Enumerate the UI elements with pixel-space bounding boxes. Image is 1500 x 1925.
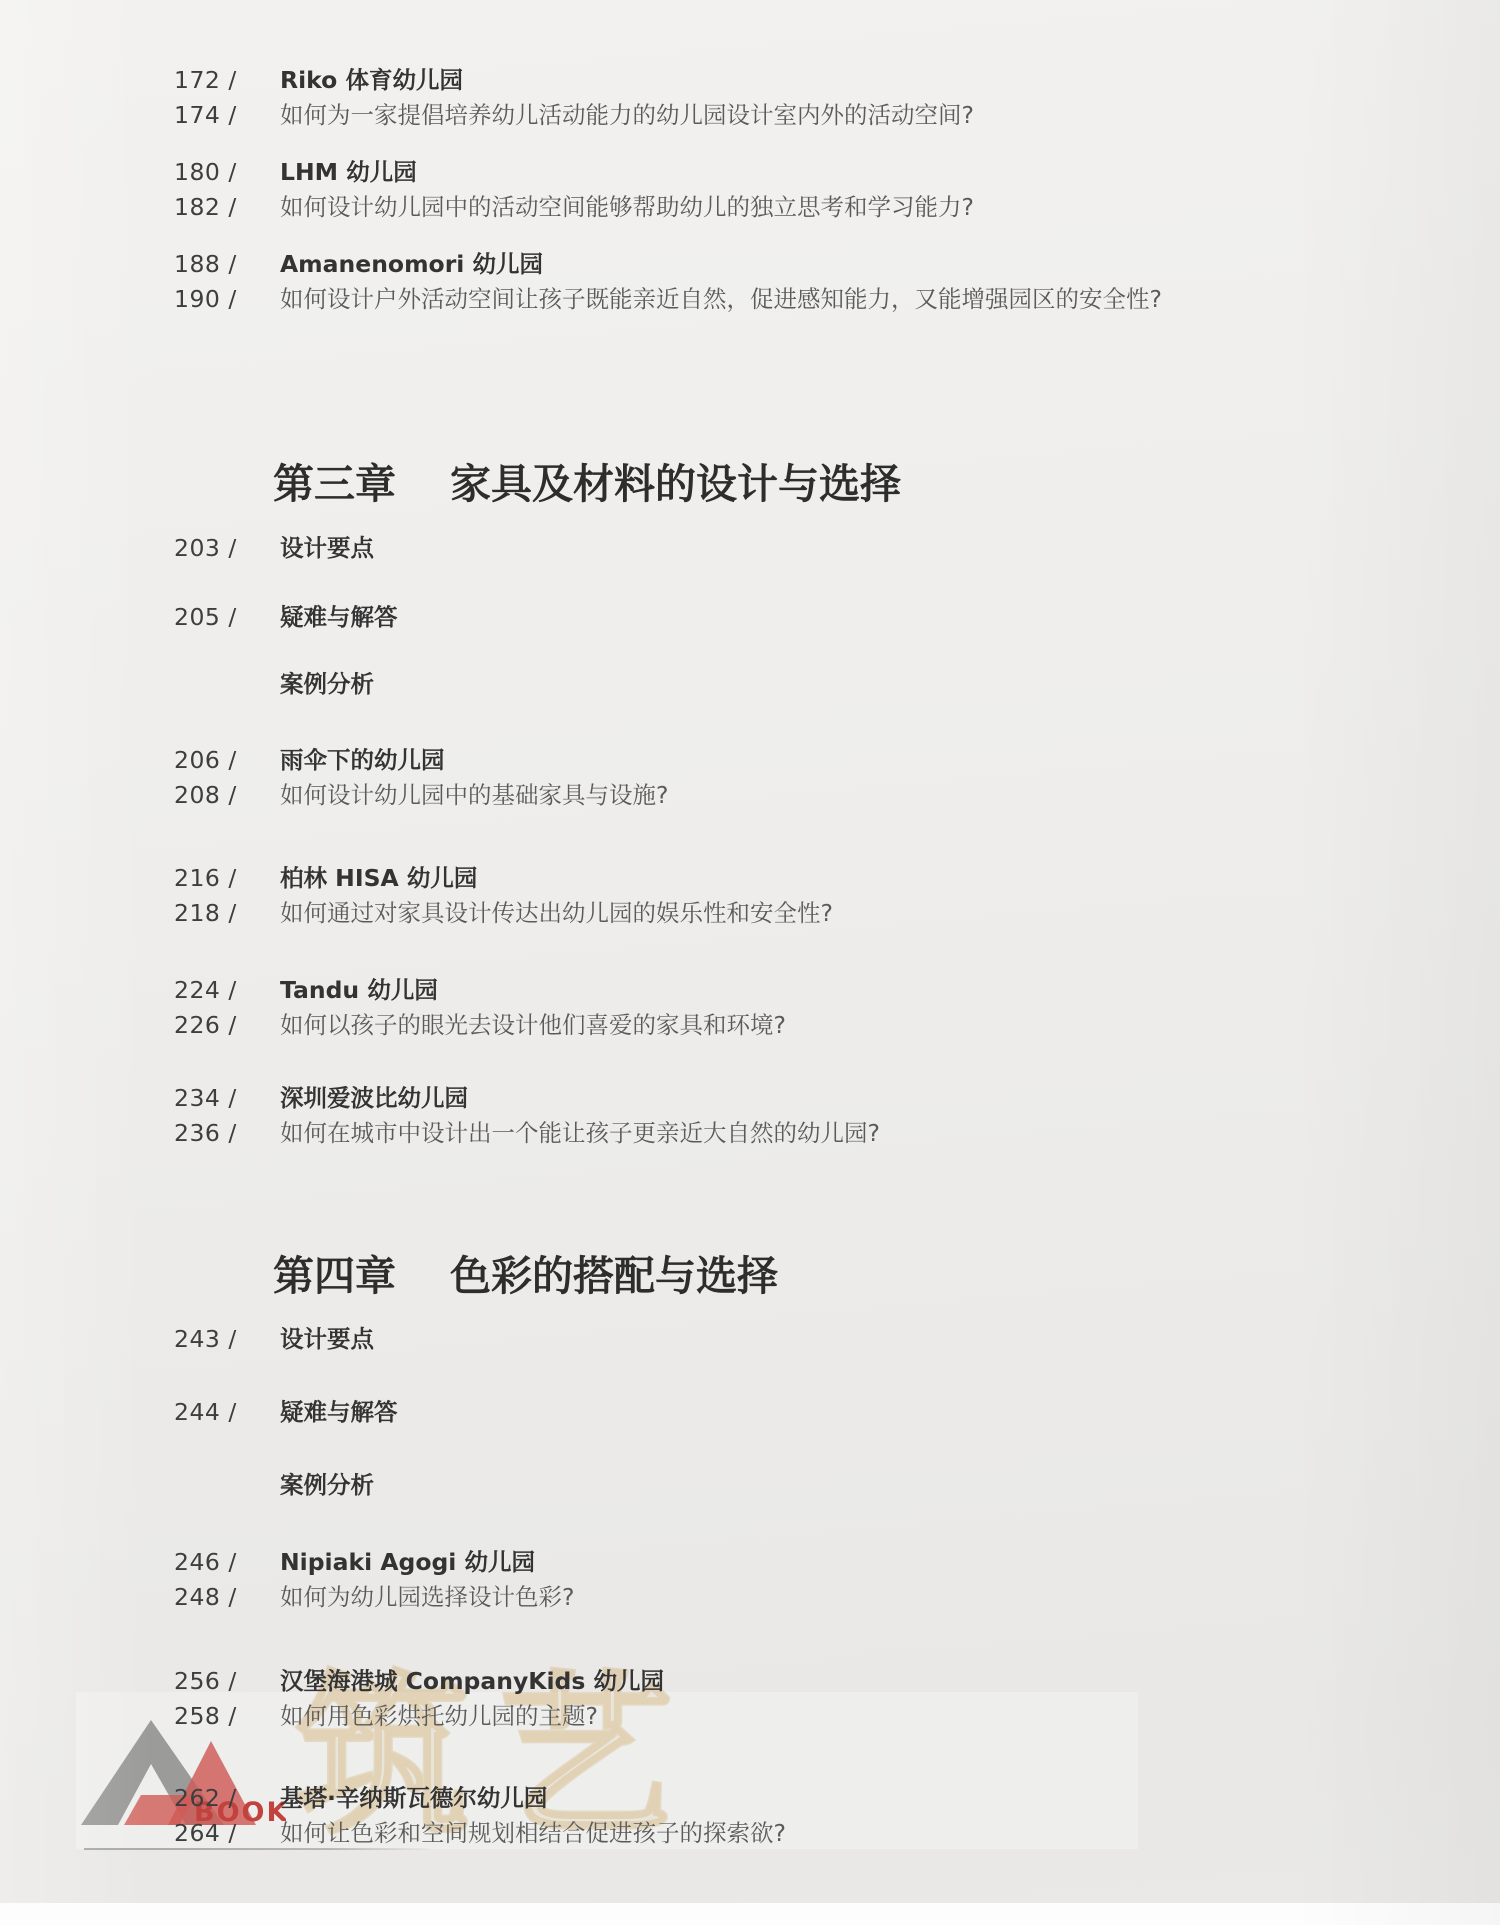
- toc-entry-question: 如何用色彩烘托幼儿园的主题?: [280, 1703, 598, 1729]
- toc-entry-title: 汉堡海港城 CompanyKids 幼儿园: [280, 1668, 664, 1694]
- toc-entry: 258 / 如何用色彩烘托幼儿园的主题?: [0, 1703, 1500, 1731]
- toc-entry: 案例分析: [0, 671, 1500, 699]
- toc-entry-question: 如何在城市中设计出一个能让孩子更亲近大自然的幼儿园?: [280, 1120, 880, 1146]
- toc-entry-title: 案例分析: [280, 1472, 374, 1498]
- toc-entry: 218 / 如何通过对家具设计传达出幼儿园的娱乐性和安全性?: [0, 900, 1500, 928]
- toc-entry-page-number: 246 /: [174, 1549, 237, 1575]
- toc-entry-title: Riko 体育幼儿园: [280, 67, 463, 93]
- chapter-heading: 第四章 色彩的搭配与选择: [0, 1254, 1500, 1300]
- toc-entry-question: 如何设计幼儿园中的活动空间能够帮助幼儿的独立思考和学习能力?: [280, 194, 974, 220]
- toc-entry: 224 / Tandu 幼儿园: [0, 977, 1500, 1005]
- toc-entry-page-number: 248 /: [174, 1584, 237, 1610]
- toc-entry-question: 如何设计户外活动空间让孩子既能亲近自然，促进感知能力，又能增强园区的安全性?: [280, 286, 1162, 312]
- toc-entry-page-number: 234 /: [174, 1085, 237, 1111]
- toc-entry-page-number: 172 /: [174, 67, 237, 93]
- toc-entry-title: 深圳爱波比幼儿园: [280, 1085, 468, 1111]
- toc-entry: 174 / 如何为一家提倡培养幼儿活动能力的幼儿园设计室内外的活动空间?: [0, 102, 1500, 130]
- toc-entry: 234 / 深圳爱波比幼儿园: [0, 1085, 1500, 1113]
- toc-entry: 243 / 设计要点: [0, 1326, 1500, 1354]
- toc-entry-title: 设计要点: [280, 1326, 374, 1352]
- toc-entry: 248 / 如何为幼儿园选择设计色彩?: [0, 1584, 1500, 1612]
- toc-entry-page-number: 188 /: [174, 251, 237, 277]
- toc-entry-page-number: 224 /: [174, 977, 237, 1003]
- watermark-underline: [84, 1848, 429, 1850]
- toc-entry-title: 疑难与解答: [280, 1399, 398, 1425]
- toc-entry-page-number: 243 /: [174, 1326, 237, 1352]
- toc-entry: 246 / Nipiaki Agogi 幼儿园: [0, 1549, 1500, 1577]
- toc-entry-question: 如何为一家提倡培养幼儿活动能力的幼儿园设计室内外的活动空间?: [280, 102, 974, 128]
- toc-entry-title: Amanenomori 幼儿园: [280, 251, 543, 277]
- toc-entry-question: 如何设计幼儿园中的基础家具与设施?: [280, 782, 668, 808]
- toc-entry-page-number: 262 /: [174, 1785, 237, 1811]
- toc-entry-title: LHM 幼儿园: [280, 159, 417, 185]
- toc-entry: 236 / 如何在城市中设计出一个能让孩子更亲近大自然的幼儿园?: [0, 1120, 1500, 1148]
- chapter-heading: 第三章 家具及材料的设计与选择: [0, 462, 1500, 508]
- toc-entry-page-number: 203 /: [174, 535, 237, 561]
- toc-entry-title: 柏林 HISA 幼儿园: [280, 865, 477, 891]
- toc-entry-page-number: 218 /: [174, 900, 237, 926]
- toc-entry-title: Tandu 幼儿园: [280, 977, 438, 1003]
- toc-entry-page-number: 258 /: [174, 1703, 237, 1729]
- toc-entry-page-number: 226 /: [174, 1012, 237, 1038]
- toc-entry-page-number: 190 /: [174, 286, 237, 312]
- toc-entry: 216 / 柏林 HISA 幼儿园: [0, 865, 1500, 893]
- toc-entry: 256 / 汉堡海港城 CompanyKids 幼儿园: [0, 1668, 1500, 1696]
- toc-entry-title: 基塔·辛纳斯瓦德尔幼儿园: [280, 1785, 547, 1811]
- toc-entry-page-number: 264 /: [174, 1820, 237, 1846]
- toc-entry-page-number: 182 /: [174, 194, 237, 220]
- toc-entry: 190 / 如何设计户外活动空间让孩子既能亲近自然，促进感知能力，又能增强园区的…: [0, 286, 1500, 314]
- toc-entry: 208 / 如何设计幼儿园中的基础家具与设施?: [0, 782, 1500, 810]
- toc-entry: 264 / 如何让色彩和空间规划相结合促进孩子的探索欲?: [0, 1820, 1500, 1848]
- toc-entry-title: Nipiaki Agogi 幼儿园: [280, 1549, 535, 1575]
- toc-entry-title: 雨伞下的幼儿园: [280, 747, 445, 773]
- toc-entry-title: 设计要点: [280, 535, 374, 561]
- toc-entry: 226 / 如何以孩子的眼光去设计他们喜爱的家具和环境?: [0, 1012, 1500, 1040]
- toc-entry: 172 / Riko 体育幼儿园: [0, 67, 1500, 95]
- toc-entry-page-number: 256 /: [174, 1668, 237, 1694]
- toc-entry-question: 如何以孩子的眼光去设计他们喜爱的家具和环境?: [280, 1012, 786, 1038]
- toc-entry: 262 / 基塔·辛纳斯瓦德尔幼儿园: [0, 1785, 1500, 1813]
- chapter-title: 色彩的搭配与选择: [450, 1254, 778, 1298]
- toc-entry-question: 如何通过对家具设计传达出幼儿园的娱乐性和安全性?: [280, 900, 833, 926]
- toc-entry-question: 如何为幼儿园选择设计色彩?: [280, 1584, 574, 1610]
- toc-entry: 180 / LHM 幼儿园: [0, 159, 1500, 187]
- toc-entry-page-number: 216 /: [174, 865, 237, 891]
- chapter-number: 第四章: [273, 1254, 396, 1298]
- toc-entry-page-number: 236 /: [174, 1120, 237, 1146]
- toc-entry-title: 案例分析: [280, 671, 374, 697]
- toc-entry: 案例分析: [0, 1472, 1500, 1500]
- toc-entry: 205 / 疑难与解答: [0, 604, 1500, 632]
- toc-entry-title: 疑难与解答: [280, 604, 398, 630]
- toc-entry-page-number: 174 /: [174, 102, 237, 128]
- toc-entry: 244 / 疑难与解答: [0, 1399, 1500, 1427]
- chapter-number: 第三章: [273, 462, 396, 506]
- toc-entry-page-number: 180 /: [174, 159, 237, 185]
- page-bottom-edge: [0, 1903, 1500, 1925]
- toc-entry: 182 / 如何设计幼儿园中的活动空间能够帮助幼儿的独立思考和学习能力?: [0, 194, 1500, 222]
- toc-entry: 203 / 设计要点: [0, 535, 1500, 563]
- chapter-title: 家具及材料的设计与选择: [450, 462, 901, 506]
- toc-entry-page-number: 208 /: [174, 782, 237, 808]
- toc-entry-page-number: 205 /: [174, 604, 237, 630]
- toc-entry: 206 / 雨伞下的幼儿园: [0, 747, 1500, 775]
- toc-entry-question: 如何让色彩和空间规划相结合促进孩子的探索欲?: [280, 1820, 786, 1846]
- toc-page: 172 / Riko 体育幼儿园 174 / 如何为一家提倡培养幼儿活动能力的幼…: [0, 0, 1500, 1925]
- toc-entry-page-number: 244 /: [174, 1399, 237, 1425]
- toc-entry: 188 / Amanenomori 幼儿园: [0, 251, 1500, 279]
- toc-entry-page-number: 206 /: [174, 747, 237, 773]
